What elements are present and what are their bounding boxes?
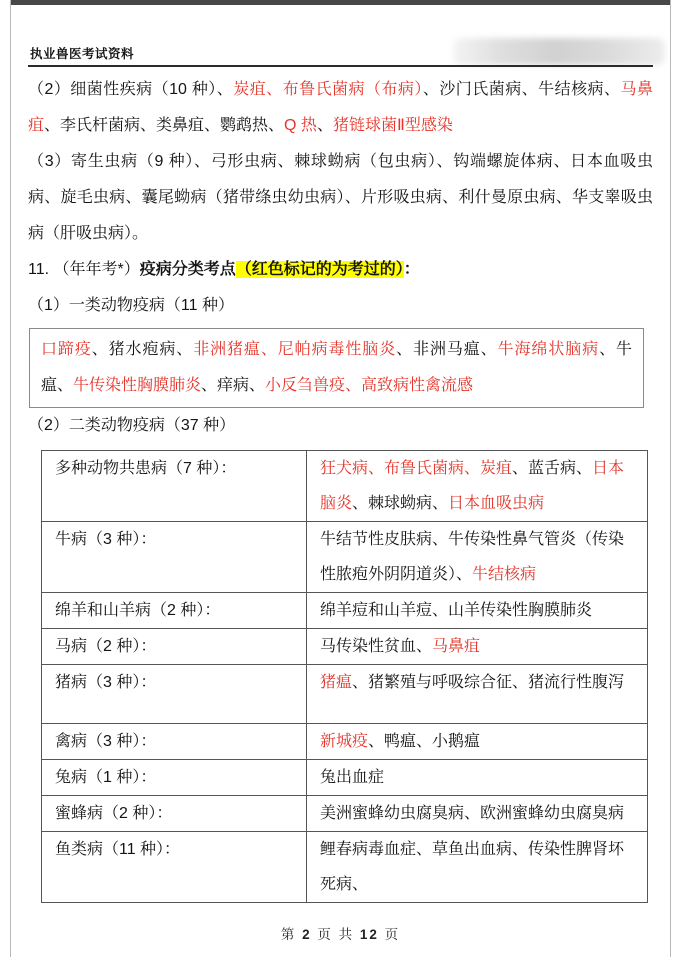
- text-segment: 、棘球蚴病、: [352, 495, 448, 512]
- text-segment: （1）一类动物疫病（11 种）: [28, 297, 234, 314]
- text-segment: 疫病分类考点: [140, 261, 236, 278]
- category-cell: 多种动物共患病（7 种）：: [42, 451, 307, 522]
- text-segment: 、猪繁殖与呼吸综合征、猪流行性腹泻: [352, 674, 624, 691]
- class1-diseases-box: 口蹄疫、猪水疱病、非洲猪瘟、尼帕病毒性脑炎、非洲马瘟、牛海绵状脑病、牛瘟、牛传染…: [29, 328, 644, 408]
- red-marked-text: 口蹄疫: [41, 341, 92, 358]
- red-marked-text: 猪瘟: [320, 674, 352, 691]
- category-cell: 鱼类病（11 种）：: [42, 832, 307, 903]
- diseases-cell: 美洲蜜蜂幼虫腐臭病、欧洲蜜蜂幼虫腐臭病: [307, 796, 648, 832]
- diseases-cell: 牛结节性皮肤病、牛传染性鼻气管炎（传染性脓疱外阴阴道炎）、牛结核病: [307, 522, 648, 593]
- page-right-edge-line: [670, 0, 671, 957]
- table-row: 鱼类病（11 种）：鲤春病毒血症、草鱼出血病、传染性脾肾坏死病、: [42, 832, 648, 903]
- diseases-cell: 猪瘟、猪繁殖与呼吸综合征、猪流行性腹泻: [307, 665, 648, 724]
- heading-item-11: 11. （年年考*）疫病分类考点（红色标记的为考过的）：: [28, 252, 653, 288]
- text-segment: 、鸭瘟、小鹅瘟: [368, 733, 480, 750]
- text-segment: 绵羊痘和山羊痘、山羊传染性胸膜肺炎: [320, 602, 592, 619]
- category-cell: 兔病（1 种）：: [42, 760, 307, 796]
- diseases-cell: 马传染性贫血、马鼻疽: [307, 629, 648, 665]
- text-segment: 11. （年年考*）: [28, 261, 140, 278]
- text-segment: ：: [404, 261, 420, 278]
- text-segment: 页: [379, 927, 400, 942]
- text-segment: 、沙门氏菌病、牛结核病、: [423, 81, 621, 98]
- label-class1-diseases: （1）一类动物疫病（11 种）: [28, 288, 653, 324]
- text-segment: （2）二类动物疫病（37 种）: [28, 417, 235, 434]
- label-class2-diseases: （2）二类动物疫病（37 种）: [28, 408, 653, 444]
- red-marked-text: 非洲猪瘟、尼帕病毒性脑炎: [193, 341, 396, 358]
- red-marked-text: 牛海绵状脑病: [498, 341, 599, 358]
- text-segment: （3）寄生虫病（9 种）、弓形虫病、棘球蚴病（包虫病）、钩端螺旋体病、日本血吸虫…: [28, 153, 653, 242]
- text-segment: 、非洲马瘟、: [396, 341, 497, 358]
- text-segment: 、猪水疱病、: [92, 341, 193, 358]
- table-row: 蜜蜂病（2 种）：美洲蜜蜂幼虫腐臭病、欧洲蜜蜂幼虫腐臭病: [42, 796, 648, 832]
- paragraph-bacterial-diseases: （2）细菌性疾病（10 种）、炭疽、布鲁氏菌病（布病）、沙门氏菌病、牛结核病、马…: [28, 72, 653, 144]
- red-marked-text: 小反刍兽疫、高致病性禽流感: [265, 377, 473, 394]
- table-row: 兔病（1 种）：兔出血症: [42, 760, 648, 796]
- table-row: 马病（2 种）：马传染性贫血、马鼻疽: [42, 629, 648, 665]
- highlighted-text: （红色标记的为考过的）: [236, 261, 404, 278]
- category-cell: 禽病（3 种）：: [42, 724, 307, 760]
- table-row: 牛病（3 种）：牛结节性皮肤病、牛传染性鼻气管炎（传染性脓疱外阴阴道炎）、牛结核…: [42, 522, 648, 593]
- red-marked-text: 牛传染性胸膜肺炎: [73, 377, 201, 394]
- category-cell: 蜜蜂病（2 种）：: [42, 796, 307, 832]
- class2-diseases-table-body: 多种动物共患病（7 种）：狂犬病、布鲁氏菌病、炭疽、蓝舌病、日本脑炎、棘球蚴病、…: [42, 451, 648, 903]
- page-number-footer: 第 2 页 共 12 页: [28, 917, 653, 953]
- category-cell: 牛病（3 种）：: [42, 522, 307, 593]
- text-segment: 、: [317, 117, 333, 134]
- header-divider-rule: [28, 65, 653, 67]
- category-cell: 马病（2 种）：: [42, 629, 307, 665]
- category-cell: 猪病（3 种）：: [42, 665, 307, 724]
- table-row: 猪病（3 种）：猪瘟、猪繁殖与呼吸综合征、猪流行性腹泻: [42, 665, 648, 724]
- text-segment: 、李氏杆菌病、类鼻疽、鹦鹉热、: [44, 117, 284, 134]
- diseases-cell: 绵羊痘和山羊痘、山羊传染性胸膜肺炎: [307, 593, 648, 629]
- diseases-cell: 狂犬病、布鲁氏菌病、炭疽、蓝舌病、日本脑炎、棘球蚴病、日本血吸虫病: [307, 451, 648, 522]
- text-segment: 第: [281, 927, 302, 942]
- paragraph-parasitic-diseases: （3）寄生虫病（9 种）、弓形虫病、棘球蚴病（包虫病）、钩端螺旋体病、日本血吸虫…: [28, 144, 653, 252]
- red-marked-text: Q 热: [284, 117, 317, 134]
- redacted-watermark-blur: [453, 38, 665, 65]
- category-cell: 绵羊和山羊病（2 种）：: [42, 593, 307, 629]
- page-left-edge-line: [10, 0, 11, 957]
- red-marked-text: 炭疽、布鲁氏菌病（布病）: [233, 81, 423, 98]
- red-marked-text: 猪链球菌Ⅱ型感染: [333, 117, 453, 134]
- table-row: 绵羊和山羊病（2 种）：绵羊痘和山羊痘、山羊传染性胸膜肺炎: [42, 593, 648, 629]
- class2-diseases-table: 多种动物共患病（7 种）：狂犬病、布鲁氏菌病、炭疽、蓝舌病、日本脑炎、棘球蚴病、…: [41, 450, 648, 903]
- document-page: 执业兽医考试资料 （2）细菌性疾病（10 种）、炭疽、布鲁氏菌病（布病）、沙门氏…: [0, 0, 681, 957]
- document-body: （2）细菌性疾病（10 种）、炭疽、布鲁氏菌病（布病）、沙门氏菌病、牛结核病、马…: [28, 72, 653, 953]
- red-marked-text: 狂犬病、布鲁氏菌病、炭疽: [320, 460, 512, 477]
- text-segment: 、蓝舌病、: [512, 460, 592, 477]
- table-row: 多种动物共患病（7 种）：狂犬病、布鲁氏菌病、炭疽、蓝舌病、日本脑炎、棘球蚴病、…: [42, 451, 648, 522]
- table-row: 禽病（3 种）：新城疫、鸭瘟、小鹅瘟: [42, 724, 648, 760]
- text-segment: 鲤春病毒血症、草鱼出血病、传染性脾肾坏死病、: [320, 841, 624, 893]
- text-segment: （2）细菌性疾病（10 种）、: [28, 81, 233, 98]
- text-segment: 2: [302, 927, 312, 942]
- red-marked-text: 牛结核病: [472, 566, 536, 583]
- text-segment: 12: [360, 927, 379, 942]
- text-segment: 美洲蜜蜂幼虫腐臭病、欧洲蜜蜂幼虫腐臭病: [320, 805, 624, 822]
- diseases-cell: 兔出血症: [307, 760, 648, 796]
- header-title: 执业兽医考试资料: [30, 44, 134, 62]
- red-marked-text: 新城疫: [320, 733, 368, 750]
- page-top-edge-bar: [10, 0, 671, 5]
- text-segment: 兔出血症: [320, 769, 384, 786]
- diseases-cell: 新城疫、鸭瘟、小鹅瘟: [307, 724, 648, 760]
- red-marked-text: 日本血吸虫病: [448, 495, 544, 512]
- text-segment: 页 共: [312, 927, 360, 942]
- red-marked-text: 马鼻疽: [432, 638, 480, 655]
- diseases-cell: 鲤春病毒血症、草鱼出血病、传染性脾肾坏死病、: [307, 832, 648, 903]
- text-segment: 、痒病、: [201, 377, 265, 394]
- text-segment: 马传染性贫血、: [320, 638, 432, 655]
